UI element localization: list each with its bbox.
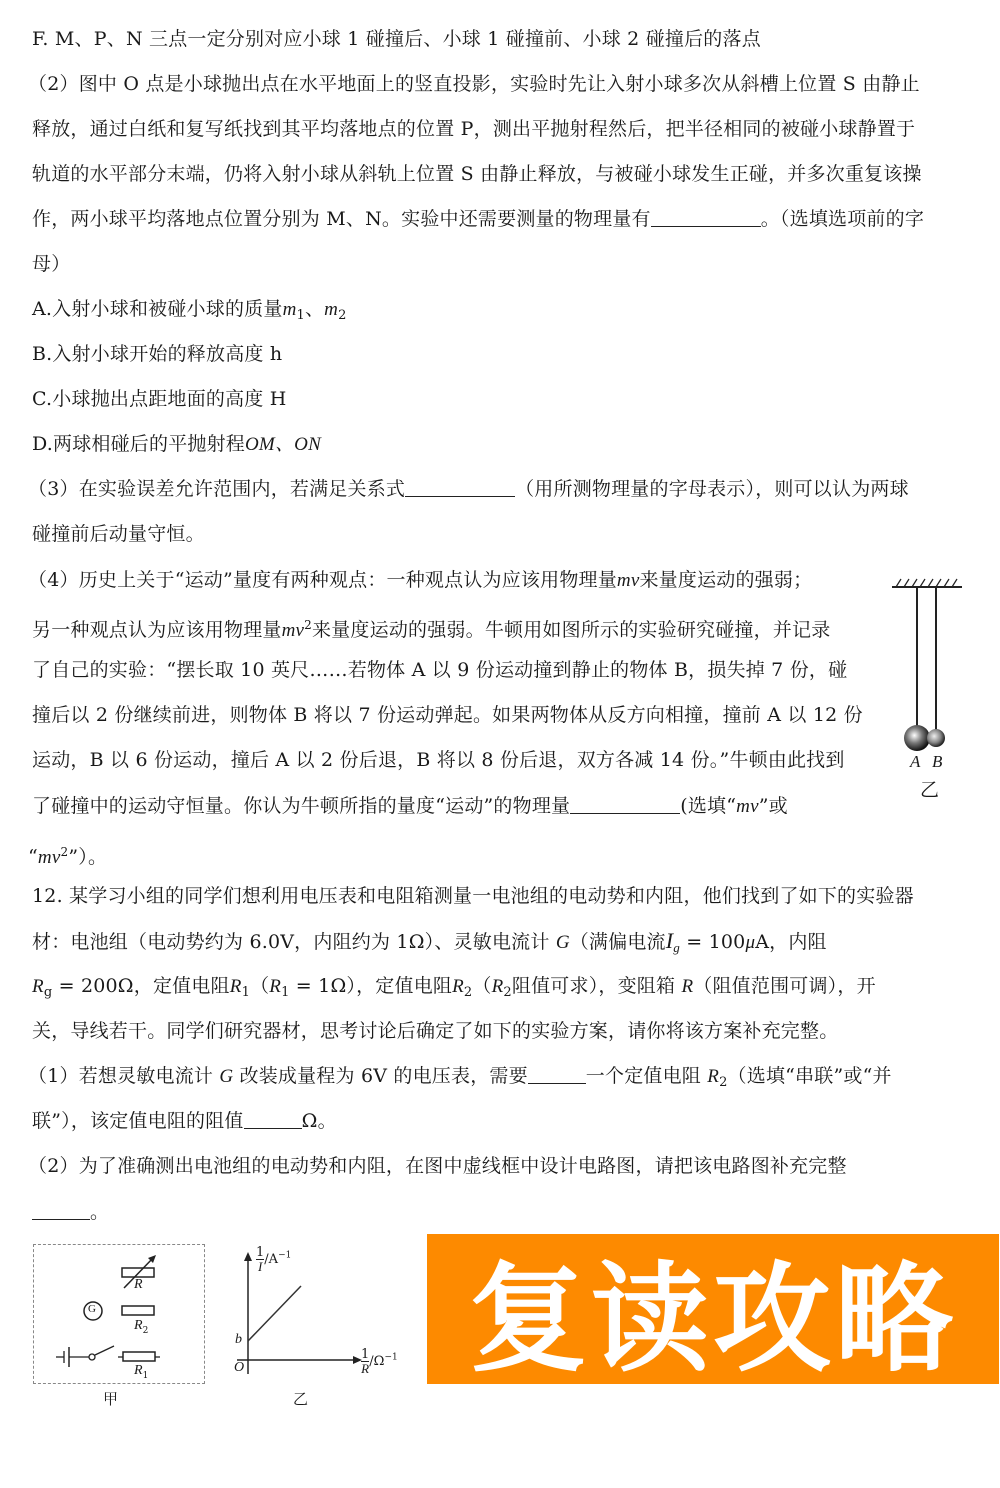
q11-part4-line2: 另一种观点认为应该用物理量mv2来量度运动的强弱。牛顿用如图所示的实验研究碰撞，… xyxy=(32,613,830,643)
circuit-box: G R R2 R1 xyxy=(33,1244,205,1384)
q12-part2-line1: （2）为了准确测出电池组的电动势和内阻，在图中虚线框中设计电路图，请把该电路图补… xyxy=(28,1154,847,1178)
answer-blank-part2[interactable] xyxy=(651,208,761,227)
answer-blank-part3[interactable] xyxy=(405,478,515,497)
sub-2: 2 xyxy=(719,1075,727,1090)
y-axis-label: 1I/A−1 xyxy=(256,1246,291,1273)
math-r: R xyxy=(452,976,464,997)
q11-part4-line4: 撞后以 2 份继续前进，则物体 B 将以 7 份运动弹起。如果两物体从反方向相撞… xyxy=(32,703,863,727)
math-m: m xyxy=(283,299,297,320)
text: （ xyxy=(472,975,491,997)
option-d-text: D.两球相碰后的平抛射程 xyxy=(32,433,245,455)
figure-caption-yi: 乙 xyxy=(920,778,939,802)
sub-2: 2 xyxy=(338,308,346,323)
text: 。（选填选项前的字 xyxy=(761,208,924,230)
q12-line4: 关，导线若干。同学们研究器材，思考讨论后确定了如下的实验方案，请你将该方案补充完… xyxy=(32,1019,838,1043)
x-unit: /Ω−1 xyxy=(369,1354,397,1369)
r1-label: R1 xyxy=(134,1362,148,1381)
q11-part3-line1: （3）在实验误差允许范围内，若满足关系式（用所测物理量的字母表示），则可以认为两… xyxy=(28,477,909,501)
text: 来量度运动的强弱。牛顿用如图所示的实验研究碰撞，并记录 xyxy=(312,619,830,641)
math-om-on: OM、ON xyxy=(245,434,321,455)
q11-part4-line6: 了碰撞中的运动守恒量。你认为牛顿所指的量度“运动”的物理量(选填“mv”或 xyxy=(32,794,788,819)
answer-blank-circuit[interactable] xyxy=(32,1201,90,1220)
label-b: B xyxy=(932,750,943,774)
text: = 200Ω，定值电阻 xyxy=(52,975,229,997)
text: 。 xyxy=(90,1201,109,1223)
sub-1: 1 xyxy=(281,985,289,1000)
math-r: R xyxy=(134,1363,143,1378)
separator: 、 xyxy=(305,298,324,320)
text: 材：电池组（电动势约为 6.0V，内阻约为 1Ω）、灵敏电流计 xyxy=(32,931,556,953)
answer-blank-part4[interactable] xyxy=(570,795,680,814)
text: A，内阻 xyxy=(755,931,827,953)
math-mv2: mv xyxy=(38,847,61,868)
text: 了碰撞中的运动守恒量。你认为牛顿所指的量度“运动”的物理量 xyxy=(32,795,570,817)
q11-part4-line3: 了自己的实验：“摆长取 10 英尺……若物体 A 以 9 份运动撞到静止的物体 … xyxy=(32,658,847,682)
text: = 1Ω），定值电阻 xyxy=(290,975,453,997)
math-r: R xyxy=(269,976,281,997)
math-r: R xyxy=(230,976,242,997)
text: （3）在实验误差允许范围内，若满足关系式 xyxy=(28,478,405,500)
q11-part2-line4: 作，两小球平均落地点位置分别为 M、N。实验中还需要测量的物理量有。（选填选项前… xyxy=(32,207,924,231)
sub-1: 1 xyxy=(143,1371,149,1381)
text: 联”），该定值电阻的阻值 xyxy=(32,1110,244,1132)
q12-line3: Rg = 200Ω，定值电阻R1（R1 = 1Ω），定值电阻R2（R2阻值可求）… xyxy=(32,974,876,1005)
text: 改装成量程为 6V 的电压表，需要 xyxy=(233,1065,528,1087)
text: Ω。 xyxy=(302,1110,337,1132)
text: ”或 xyxy=(759,795,788,817)
option-f: F. M、P、N 三点一定分别对应小球 1 碰撞后、小球 1 碰撞前、小球 2 … xyxy=(32,27,761,51)
text: 阻值可求），变阻箱 xyxy=(512,975,682,997)
option-b: B.入射小球开始的释放高度 h xyxy=(32,342,282,366)
rheostat-label: R xyxy=(134,1277,143,1293)
graph-inverse-i-vs-inverse-r: 1I/A−1 b O 1R/Ω−1 xyxy=(225,1246,410,1386)
text: 来量度运动的强弱； xyxy=(639,569,812,591)
q12-line2: 材：电池组（电动势约为 6.0V，内阻约为 1Ω）、灵敏电流计 G（满偏电流Ig… xyxy=(32,929,827,960)
math-r: R xyxy=(681,976,693,997)
answer-blank-resistance[interactable] xyxy=(244,1110,302,1129)
q12-part2-line2: 。 xyxy=(32,1200,109,1224)
text: (选填“ xyxy=(680,795,736,817)
text: 作，两小球平均落地点位置分别为 M、N。实验中还需要测量的物理量有 xyxy=(32,208,651,230)
sub-2: 2 xyxy=(143,1326,149,1336)
q11-part4-line1: （4）历史上关于“运动”量度有两种观点：一种观点认为应该用物理量mv来量度运动的… xyxy=(28,568,812,593)
text: （ xyxy=(250,975,269,997)
sub-1: 1 xyxy=(296,308,304,323)
math-mv: mv xyxy=(736,796,759,817)
q11-part2-line1: （2）图中 O 点是小球抛出点在水平地面上的竖直投影，实验时先让入射小球多次从斜… xyxy=(28,72,920,96)
math-g: G xyxy=(556,932,570,953)
text: （选填“串联”或“并 xyxy=(728,1065,892,1087)
q12-line1: 12. 某学习小组的同学们想利用电压表和电阻箱测量一电池组的电动势和内阻，他们找… xyxy=(32,884,914,908)
math-r: R xyxy=(707,1066,719,1087)
text: ”）。 xyxy=(68,846,107,868)
q11-part2-line5: 母） xyxy=(32,252,70,276)
x-axis-label: 1R/Ω−1 xyxy=(361,1348,398,1375)
answer-blank-series-parallel[interactable] xyxy=(528,1065,586,1084)
intercept-label: b xyxy=(235,1332,242,1348)
origin-label: O xyxy=(234,1360,244,1376)
q11-part4-line7: “mv2”）。 xyxy=(28,840,107,870)
banner-text: 复读攻略 xyxy=(469,1224,957,1394)
galvanometer-label: G xyxy=(88,1303,96,1315)
option-a: A.入射小球和被碰小球的质量m1、m2 xyxy=(32,297,347,328)
math-r: R xyxy=(134,1318,143,1333)
option-a-text: A.入射小球和被碰小球的质量 xyxy=(32,298,283,320)
text: 另一种观点认为应该用物理量 xyxy=(32,619,282,641)
y-unit: /A−1 xyxy=(264,1252,291,1267)
circuit-caption: 甲 xyxy=(103,1388,118,1409)
sub-2: 2 xyxy=(503,985,511,1000)
q12-part1-line1: （1）若想灵敏电流计 G 改装成量程为 6V 的电压表，需要一个定值电阻 R2（… xyxy=(28,1064,892,1095)
text: 一个定值电阻 xyxy=(586,1065,707,1087)
pendulum-diagram-icon xyxy=(888,575,968,805)
q11-part2-line3: 轨道的水平部分末端，仍将入射小球从斜轨上位置 S 由静止释放，与被碰小球发生正碰… xyxy=(32,162,922,186)
label-a: A xyxy=(910,750,921,774)
pendulum-figure xyxy=(888,575,968,805)
sub-g: g xyxy=(673,940,680,955)
sup-2: 2 xyxy=(304,618,312,632)
math-g: G xyxy=(219,1066,233,1087)
text: = 100 xyxy=(680,931,745,953)
text: （满偏电流 xyxy=(570,931,666,953)
r2-label: R2 xyxy=(134,1317,148,1336)
text: （4）历史上关于“运动”量度有两种观点：一种观点认为应该用物理量 xyxy=(28,569,617,591)
q12-part1-line2: 联”），该定值电阻的阻值Ω。 xyxy=(32,1109,337,1133)
q11-part3-line2: 碰撞前后动量守恒。 xyxy=(32,522,205,546)
sub-1: 1 xyxy=(242,985,250,1000)
text: （用所测物理量的字母表示），则可以认为两球 xyxy=(515,478,909,500)
circuit-components-icon xyxy=(34,1245,204,1383)
text: “ xyxy=(28,846,38,868)
math-r: R xyxy=(32,976,44,997)
q11-part2-line2: 释放，通过白纸和复写纸找到其平均落地点的位置 P，测出平抛射程然后，把半径相同的… xyxy=(32,117,915,141)
math-r: R xyxy=(492,976,504,997)
math-mv: mv xyxy=(617,570,640,591)
graph-caption: 乙 xyxy=(293,1388,308,1409)
watermark-banner: 复读攻略 xyxy=(427,1234,999,1384)
option-c: C.小球抛出点距地面的高度 H xyxy=(32,387,287,411)
math-mu: μ xyxy=(745,932,755,953)
math-m: m xyxy=(324,299,338,320)
q11-part4-line5: 运动，B 以 6 份运动，撞后 A 以 2 份后退，B 将以 8 份后退，双方各… xyxy=(32,748,845,772)
math-mv2: mv xyxy=(282,620,305,641)
option-d: D.两球相碰后的平抛射程OM、ON xyxy=(32,432,321,457)
text: （1）若想灵敏电流计 xyxy=(28,1065,219,1087)
text: （阻值范围可调），开 xyxy=(693,975,876,997)
